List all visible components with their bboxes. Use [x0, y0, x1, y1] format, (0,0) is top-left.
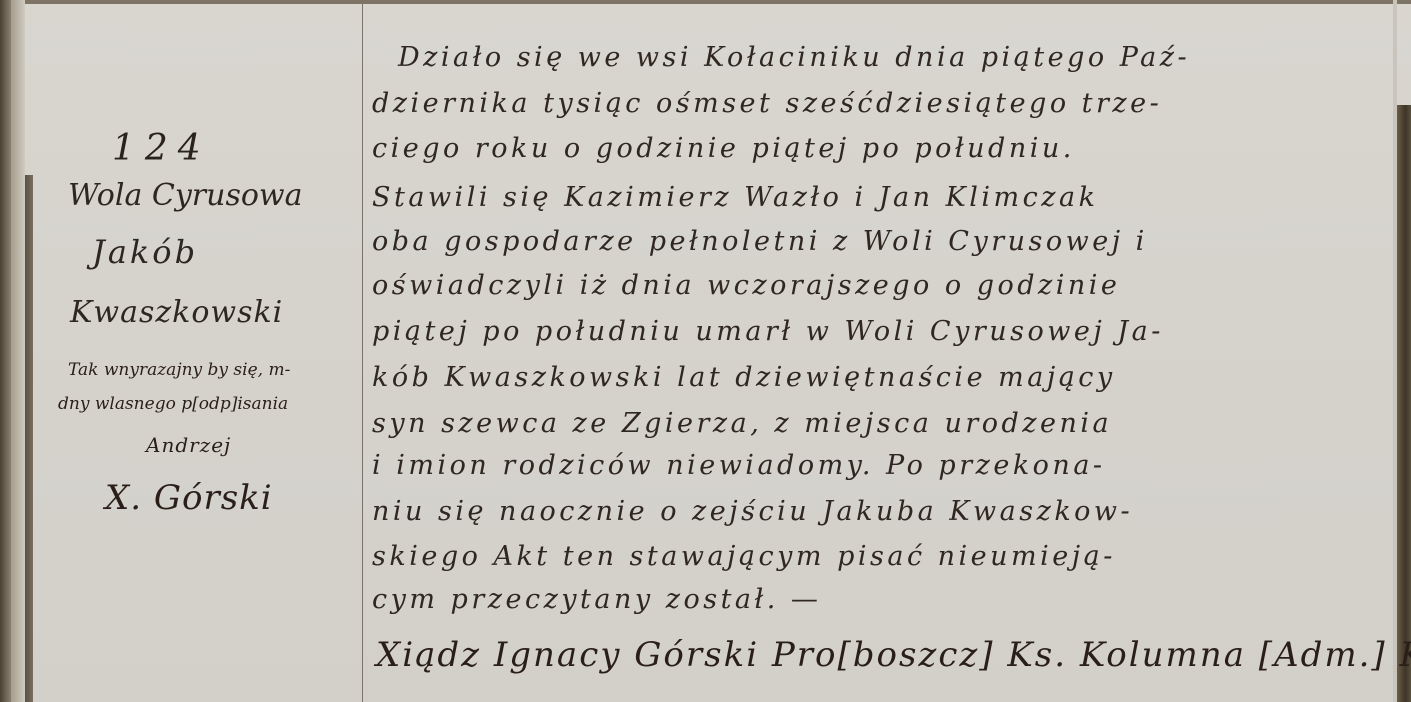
margin-column: 124 Wola Cyrusowa Jakób Kwaszkowski Tak …: [40, 0, 358, 702]
margin-note-signature-first-name: Andrzej: [146, 433, 231, 457]
entry-number: 124: [112, 128, 211, 169]
inner-binding-edge: [25, 175, 33, 702]
record-line: cym przeczytany został. —: [372, 584, 821, 615]
record-line: Działo się we wsi Kołaciniku dnia piąteg…: [398, 42, 1190, 73]
priest-signature: Xiądz Ignacy Górski Pro[boszcz] Ks. Kolu…: [376, 635, 1411, 675]
record-line: dziernika tysiąc ośmset sześćdziesiątego…: [372, 88, 1162, 119]
book-binding-edge: [0, 0, 11, 702]
margin-note-line: Tak wnyrazajny by się, m-: [68, 360, 290, 380]
record-line: oświadczyli iż dnia wczorajszego o godzi…: [372, 270, 1120, 301]
margin-note-line: dny wlasnego p[odp]isania: [58, 394, 288, 414]
record-line: piątej po południu umarł w Woli Cyrusowe…: [372, 316, 1164, 347]
binding-gap: [11, 0, 25, 702]
margin-note-signature: X. Górski: [105, 478, 273, 518]
record-line: syn szewca ze Zgierza, z miejsca urodzen…: [372, 408, 1112, 439]
record-line: i imion rodziców niewiadomy. Po przekona…: [372, 450, 1106, 481]
record-line: oba gospodarze pełnoletni z Woli Cyrusow…: [372, 226, 1148, 257]
record-line: niu się naocznie o zejściu Jakuba Kwaszk…: [372, 496, 1133, 527]
record-body: Działo się we wsi Kołaciniku dnia piąteg…: [372, 0, 1392, 702]
record-line: kób Kwaszkowski lat dziewiętnaście mając…: [372, 362, 1116, 393]
record-line: skiego Akt ten stawającym pisać nieumiej…: [372, 541, 1116, 572]
deceased-given-name: Jakób: [92, 233, 198, 271]
village-name: Wola Cyrusowa: [68, 178, 302, 213]
ledger-page: 124 Wola Cyrusowa Jakób Kwaszkowski Tak …: [0, 0, 1411, 702]
right-page-edge: [1397, 105, 1411, 702]
margin-column-divider: [362, 0, 363, 702]
record-line: ciego roku o godzinie piątej po południu…: [372, 133, 1075, 164]
record-line: Stawili się Kazimierz Wazło i Jan Klimcz…: [372, 182, 1098, 213]
deceased-surname: Kwaszkowski: [70, 295, 283, 330]
